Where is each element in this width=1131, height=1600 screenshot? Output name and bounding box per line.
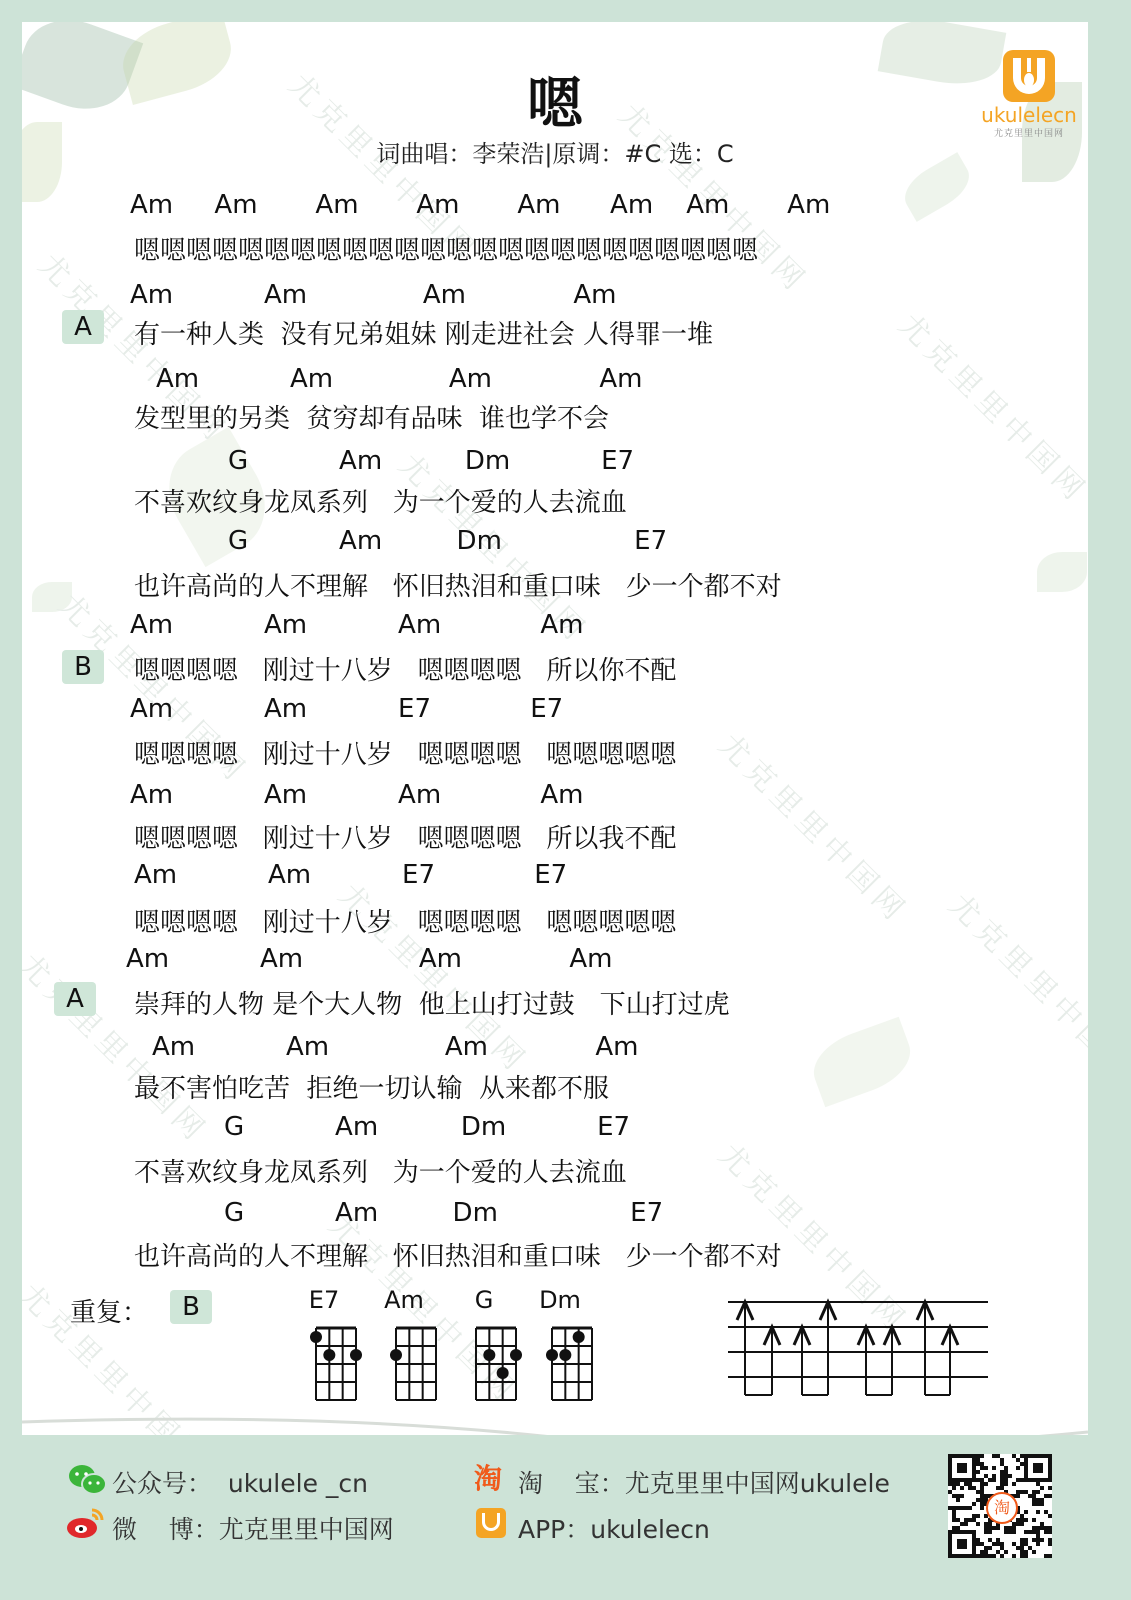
weibo-account: 微 博：尤克里里中国网 <box>112 1510 394 1546</box>
taobao-store: 淘 宝：尤克里里中国网ukulele <box>518 1464 890 1500</box>
app-name: APP：ukulelecn <box>518 1510 710 1546</box>
taobao-icon: 淘 <box>474 1462 510 1496</box>
decorative-curve <box>22 1322 1088 1435</box>
strum-pattern-diagram <box>22 22 1088 1435</box>
song-sheet: 尤克里里中国网 尤克里里中国网 尤克里里中国网 尤克里里中国网 尤克里里中国网 … <box>22 22 1088 1435</box>
qr-taobao-badge: 淘 <box>986 1492 1018 1524</box>
wechat-icon <box>68 1464 108 1496</box>
app-icon <box>476 1508 506 1538</box>
footer: 公众号： ukulele _cn 微 博：尤克里里中国网 淘 淘 宝：尤克里里中… <box>0 1440 1131 1600</box>
qr-code: 淘 <box>948 1454 1052 1558</box>
wechat-account: 公众号： ukulele _cn <box>112 1464 368 1500</box>
weibo-icon <box>66 1506 106 1540</box>
